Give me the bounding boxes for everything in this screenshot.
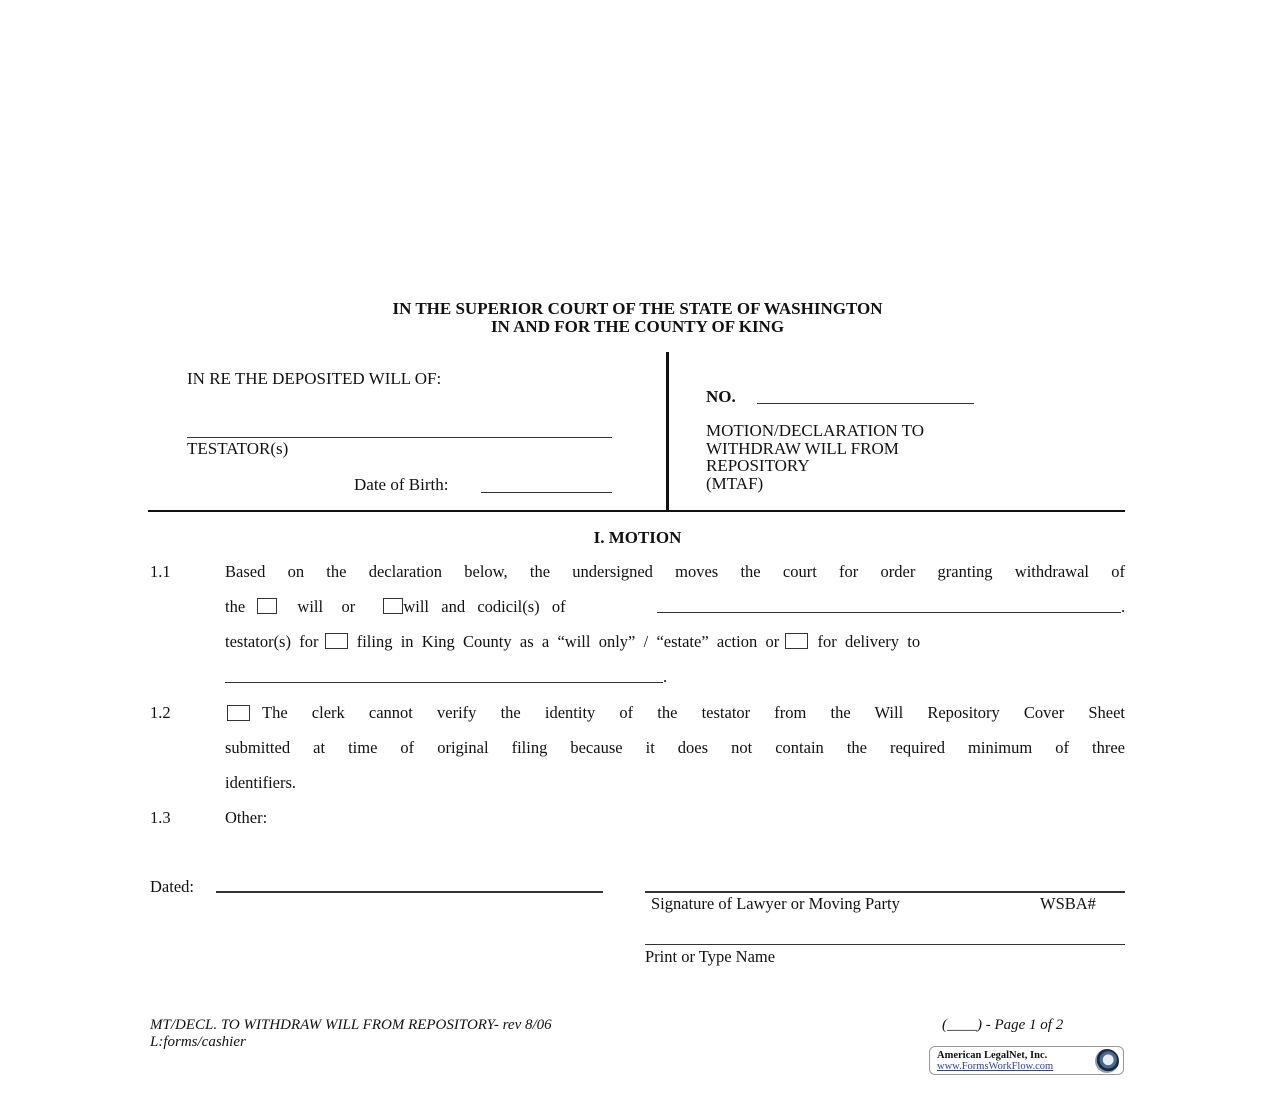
print-name-label: Print or Type Name (645, 947, 775, 967)
dob-label: Date of Birth: (354, 475, 448, 495)
dated-label: Dated: (150, 877, 194, 897)
signature-label: Signature of Lawyer or Moving Party (651, 894, 900, 914)
dated-field[interactable] (216, 891, 603, 893)
delivery-text: for delivery to (817, 632, 920, 651)
testator-for-text: testator(s) for (225, 632, 318, 651)
document-title: MOTION/DECLARATION TO WITHDRAW WILL FROM… (706, 422, 924, 492)
other-label: Other: (225, 808, 267, 828)
dob-field[interactable] (481, 492, 612, 493)
footer-page-number: (____) - Page 1 of 2 (942, 1017, 1063, 1034)
caption-bottom-rule (148, 510, 1125, 512)
will-or-text: will or (297, 597, 355, 616)
caption-divider (666, 352, 669, 512)
will-checkbox[interactable] (257, 598, 277, 614)
section-title: I. MOTION (0, 528, 1275, 548)
footer-path: L:forms/cashier (150, 1034, 246, 1051)
delivery-checkbox[interactable] (785, 633, 808, 649)
testator-label: TESTATOR(s) (187, 439, 288, 459)
in-re-label: IN RE THE DEPOSITED WILL OF: (187, 369, 441, 389)
document-title-line: WITHDRAW WILL FROM (706, 440, 924, 458)
testator-name-blank[interactable] (657, 612, 1121, 613)
print-name-field[interactable] (645, 944, 1125, 945)
clerk-cannot-verify-checkbox[interactable] (227, 705, 250, 721)
footer-form-title: MT/DECL. TO WITHDRAW WILL FROM REPOSITOR… (150, 1017, 552, 1034)
item-1-2-line1: The clerk cannot verify the identity of … (262, 703, 1125, 723)
will-and-codicil-text: will and codicil(s) of (403, 597, 565, 616)
item-1-1-line3: testator(s) for filing in King County as… (225, 632, 1125, 652)
item-1-2-line3: identifiers. (225, 773, 296, 793)
testator-name-field[interactable] (187, 437, 612, 438)
globe-logo-icon (1095, 1049, 1119, 1073)
item-1-1-line2: the will or will and codicil(s) of (225, 597, 1125, 617)
item-1-2-line2: submitted at time of original filing bec… (225, 738, 1125, 758)
case-number-label: NO. (706, 387, 736, 407)
period: . (1121, 597, 1125, 617)
badge-url-link[interactable]: www.FormsWorkFlow.com (937, 1061, 1053, 1072)
court-title-line2: IN AND FOR THE COUNTY OF KING (0, 317, 1275, 337)
filing-text: filing in King County as a “will only” /… (357, 632, 780, 651)
item-number: 1.1 (150, 562, 171, 582)
the-text: the (225, 597, 245, 616)
document-title-line: MOTION/DECLARATION TO (706, 422, 924, 440)
signature-field[interactable] (645, 891, 1125, 893)
will-and-codicil-checkbox[interactable] (383, 598, 403, 614)
case-number-field[interactable] (757, 403, 974, 404)
badge-company: American LegalNet, Inc. (937, 1050, 1047, 1061)
period: . (663, 667, 667, 687)
item-1-1-line1: Based on the declaration below, the unde… (225, 562, 1125, 582)
wsba-label: WSBA# (1040, 894, 1096, 914)
court-title-line1: IN THE SUPERIOR COURT OF THE STATE OF WA… (0, 299, 1275, 319)
item-number: 1.3 (150, 808, 171, 828)
delivery-recipient-blank[interactable] (225, 682, 663, 683)
document-title-line: (MTAF) (706, 475, 924, 493)
item-number: 1.2 (150, 703, 171, 723)
american-legalnet-badge[interactable]: American LegalNet, Inc. www.FormsWorkFlo… (929, 1046, 1124, 1075)
filing-king-county-checkbox[interactable] (325, 633, 348, 649)
document-title-line: REPOSITORY (706, 457, 924, 475)
